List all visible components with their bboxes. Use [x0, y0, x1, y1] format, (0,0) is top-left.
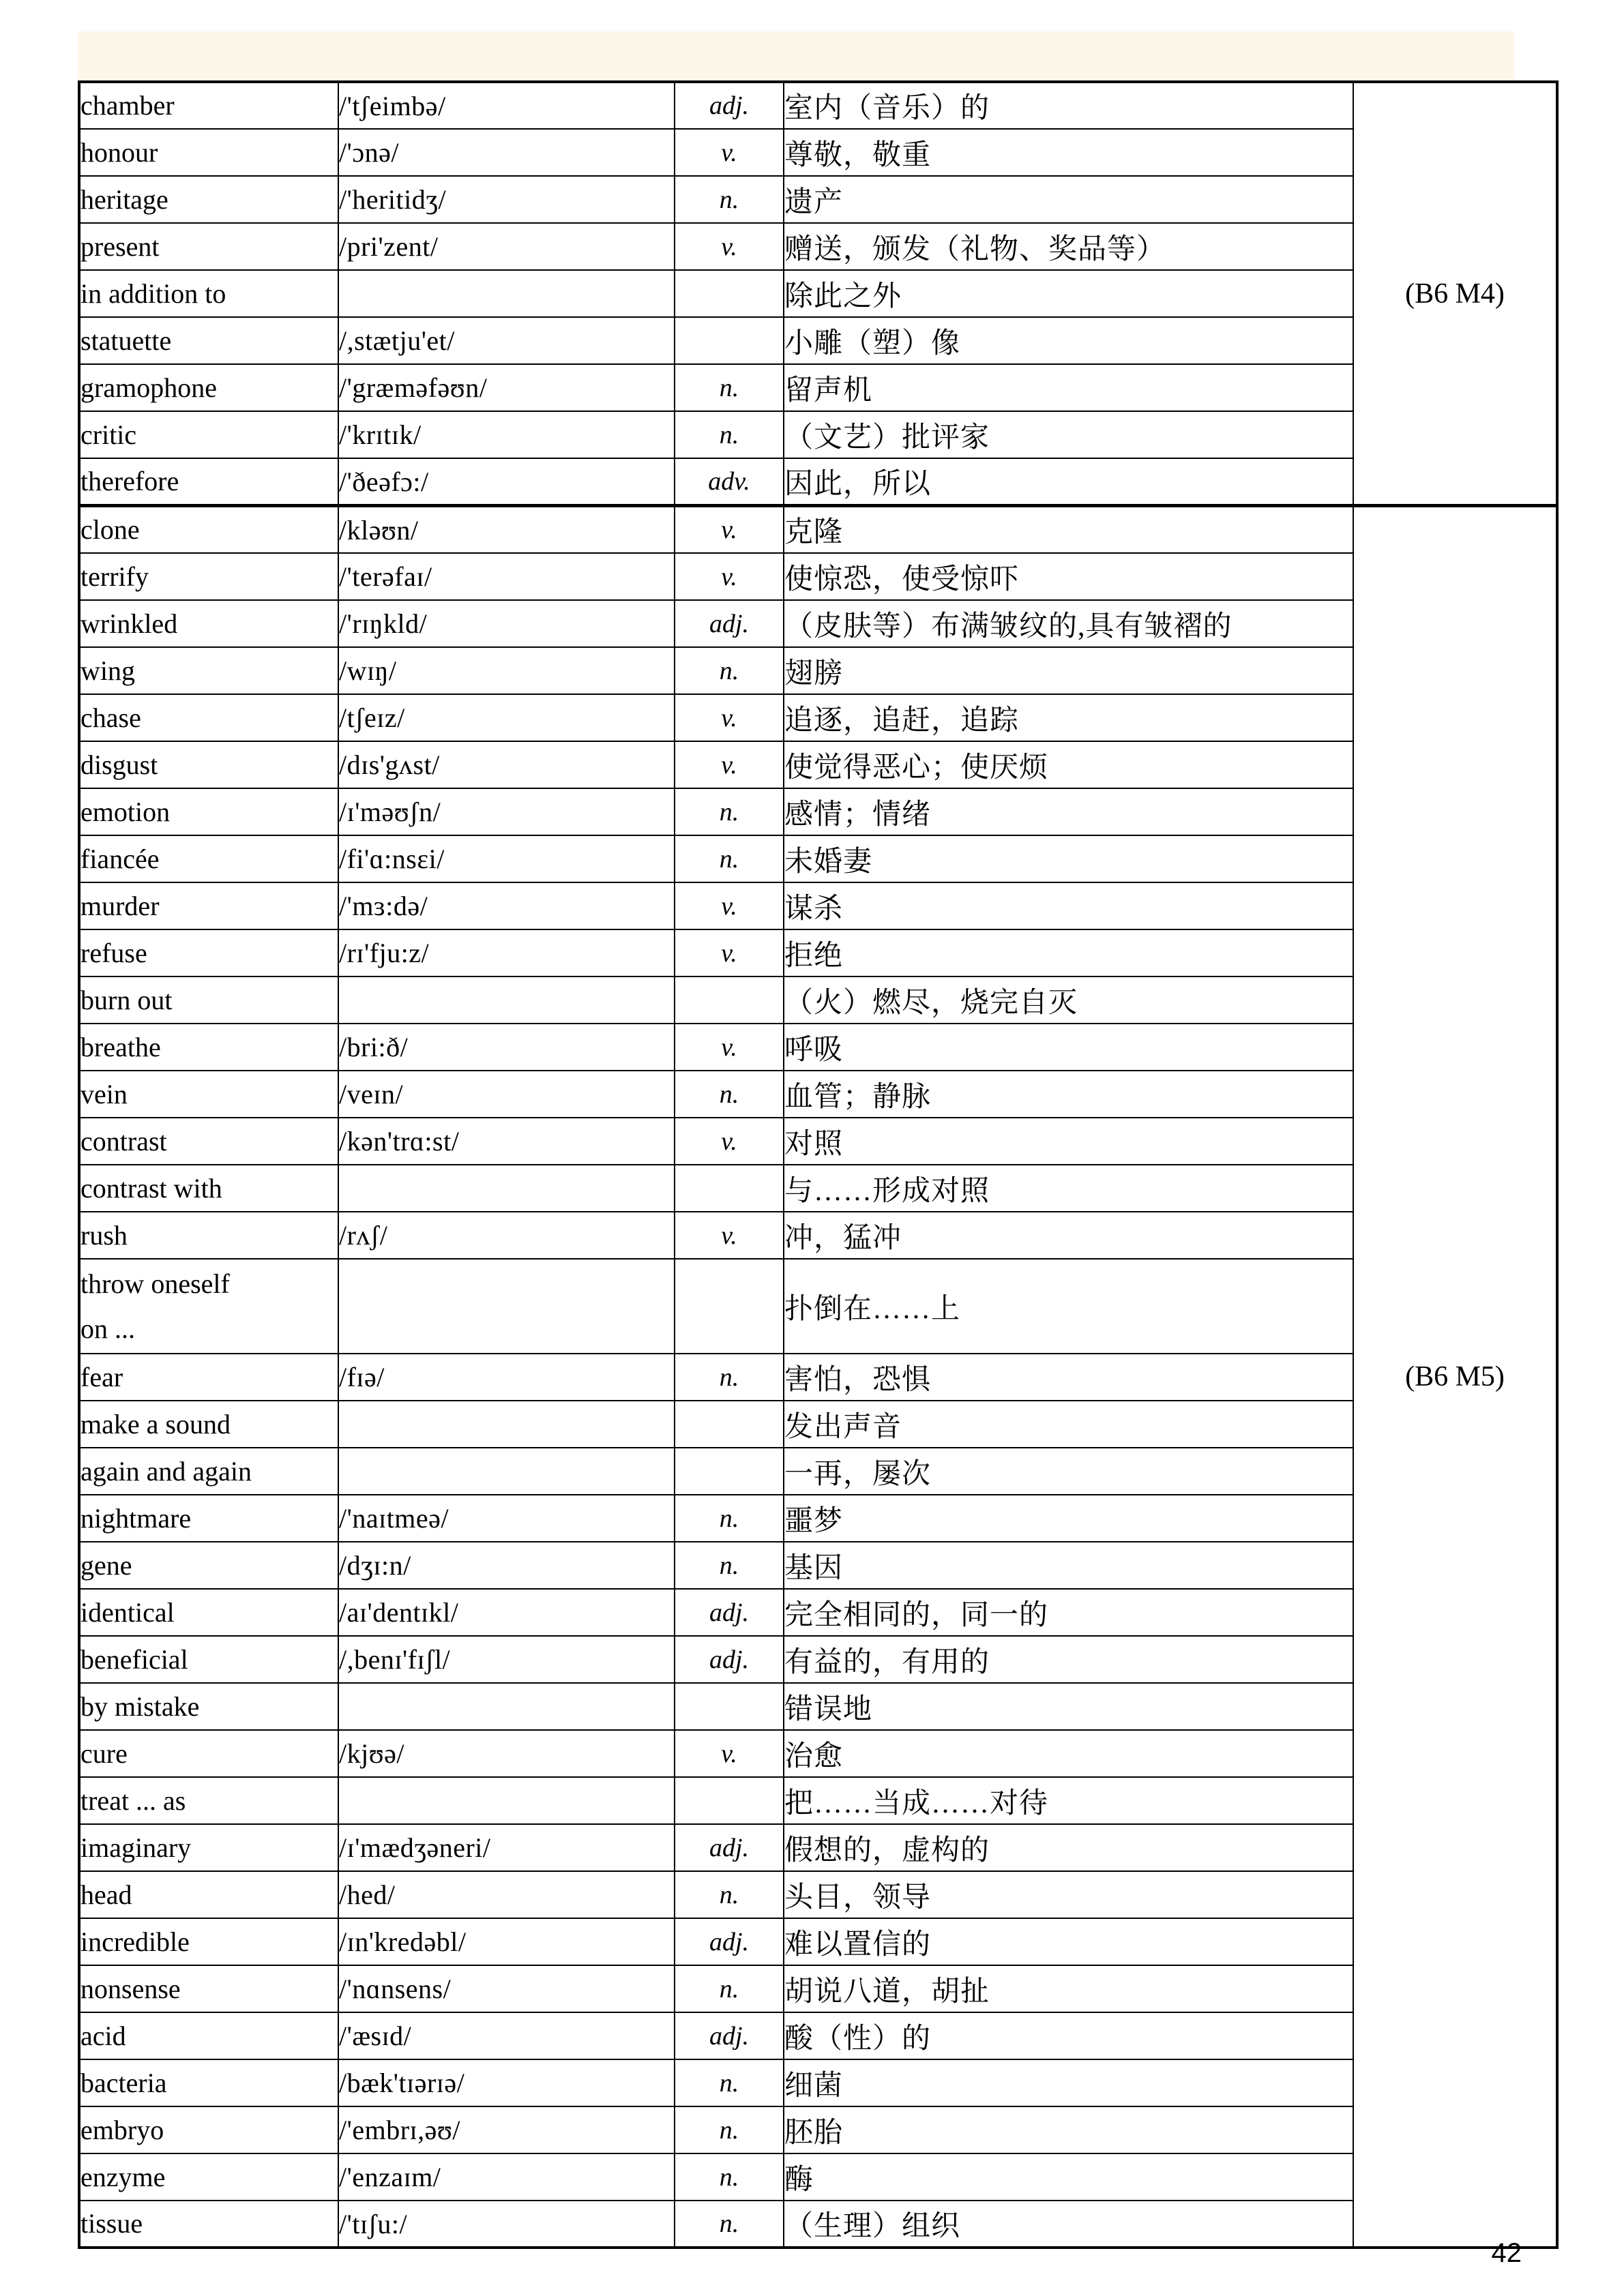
table-row: murder/'mɜ:də/v.谋杀 — [79, 882, 1557, 929]
part-of-speech-cell — [675, 1401, 784, 1448]
phonetic-cell: /'rɪŋkld/ — [338, 600, 675, 647]
phonetic-cell: /'tʃeimbə/ — [338, 82, 675, 129]
chinese-meaning-cell: 尊敬，敬重 — [784, 129, 1353, 176]
chinese-meaning-cell: 胚胎 — [784, 2106, 1353, 2153]
table-row: enzyme/'enzaɪm/n.酶 — [79, 2153, 1557, 2201]
table-row: disgust/dɪs'gʌst/v.使觉得恶心；使厌烦 — [79, 741, 1557, 788]
part-of-speech-cell — [675, 270, 784, 317]
phonetic-cell: /'terəfaɪ/ — [338, 553, 675, 600]
word-cell: statuette — [79, 317, 338, 364]
word-cell: clone — [79, 506, 338, 554]
table-row: again and again一再，屡次 — [79, 1448, 1557, 1495]
table-row: head/hed/n.头目，领导 — [79, 1871, 1557, 1918]
word-cell: burn out — [79, 976, 338, 1024]
part-of-speech-cell — [675, 317, 784, 364]
word-cell: incredible — [79, 1918, 338, 1965]
part-of-speech-cell — [675, 1777, 784, 1824]
word-cell: gramophone — [79, 364, 338, 411]
phonetic-cell: /'naɪtmeə/ — [338, 1495, 675, 1542]
table-row: chamber/'tʃeimbə/adj.室内（音乐）的(B6 M4) — [79, 82, 1557, 129]
table-row: by mistake错误地 — [79, 1683, 1557, 1730]
phonetic-cell: /'tɪʃu:/ — [338, 2201, 675, 2248]
chinese-meaning-cell: 因此，所以 — [784, 458, 1353, 506]
word-cell: bacteria — [79, 2059, 338, 2106]
part-of-speech-cell: n. — [675, 2059, 784, 2106]
phonetic-cell — [338, 270, 675, 317]
chinese-meaning-cell: 一再，屡次 — [784, 1448, 1353, 1495]
word-cell: honour — [79, 129, 338, 176]
phonetic-cell: /'nɑnsens/ — [338, 1965, 675, 2012]
part-of-speech-cell — [675, 1683, 784, 1730]
part-of-speech-cell: adj. — [675, 82, 784, 129]
table-row: make a sound发出声音 — [79, 1401, 1557, 1448]
word-cell: enzyme — [79, 2153, 338, 2201]
chinese-meaning-cell: 感情；情绪 — [784, 788, 1353, 835]
table-row: cure/kjʊə/v.治愈 — [79, 1730, 1557, 1777]
table-row: heritage/'heritidʒ/n.遗产 — [79, 176, 1557, 223]
table-row: burn out（火）燃尽，烧完自灭 — [79, 976, 1557, 1024]
phonetic-cell: /'enzaɪm/ — [338, 2153, 675, 2201]
phonetic-cell: /'ɔnə/ — [338, 129, 675, 176]
phonetic-cell: /'embrɪ,əʊ/ — [338, 2106, 675, 2153]
part-of-speech-cell: v. — [675, 1730, 784, 1777]
word-cell: treat ... as — [79, 1777, 338, 1824]
chinese-meaning-cell: （火）燃尽，烧完自灭 — [784, 976, 1353, 1024]
table-row: terrify/'terəfaɪ/v.使惊恐，使受惊吓 — [79, 553, 1557, 600]
chinese-meaning-cell: 假想的，虚构的 — [784, 1824, 1353, 1871]
table-row: gramophone/'græməfəʊn/n.留声机 — [79, 364, 1557, 411]
part-of-speech-cell: adj. — [675, 1636, 784, 1683]
word-cell: gene — [79, 1542, 338, 1589]
phonetic-cell: /'græməfəʊn/ — [338, 364, 675, 411]
part-of-speech-cell: adj. — [675, 1589, 784, 1636]
chinese-meaning-cell: 错误地 — [784, 1683, 1353, 1730]
word-cell: critic — [79, 411, 338, 458]
chinese-meaning-cell: 冲，猛冲 — [784, 1212, 1353, 1259]
part-of-speech-cell — [675, 1259, 784, 1354]
chinese-meaning-cell: 呼吸 — [784, 1024, 1353, 1071]
part-of-speech-cell: v. — [675, 694, 784, 741]
phonetic-cell: /kjʊə/ — [338, 1730, 675, 1777]
part-of-speech-cell — [675, 1448, 784, 1495]
table-row: rush/rʌʃ/v.冲，猛冲 — [79, 1212, 1557, 1259]
module-label-cell: (B6 M4) — [1353, 82, 1557, 506]
table-row: therefore/'ðeəfɔ:/adv.因此，所以 — [79, 458, 1557, 506]
chinese-meaning-cell: （文艺）批评家 — [784, 411, 1353, 458]
table-row: fear/fɪə/n.害怕，恐惧 — [79, 1354, 1557, 1401]
chinese-meaning-cell: 头目，领导 — [784, 1871, 1353, 1918]
phonetic-cell: /'æsɪd/ — [338, 2012, 675, 2059]
chinese-meaning-cell: 小雕（塑）像 — [784, 317, 1353, 364]
chinese-meaning-cell: 克隆 — [784, 506, 1353, 554]
table-row: incredible/ɪn'kredəbl/adj.难以置信的 — [79, 1918, 1557, 1965]
table-row: refuse/rɪ'fju:z/v.拒绝 — [79, 929, 1557, 976]
phonetic-cell: /'ðeəfɔ:/ — [338, 458, 675, 506]
part-of-speech-cell: adj. — [675, 2012, 784, 2059]
part-of-speech-cell: n. — [675, 1965, 784, 2012]
chinese-meaning-cell: 把……当成……对待 — [784, 1777, 1353, 1824]
table-row: beneficial/,benɪ'fɪʃl/adj.有益的，有用的 — [79, 1636, 1557, 1683]
phonetic-cell: /wɪŋ/ — [338, 647, 675, 694]
word-cell: murder — [79, 882, 338, 929]
phonetic-cell: /kləʊn/ — [338, 506, 675, 554]
table-row: contrast/kən'trɑ:st/v.对照 — [79, 1118, 1557, 1165]
chinese-meaning-cell: 酶 — [784, 2153, 1353, 2201]
part-of-speech-cell: n. — [675, 2153, 784, 2201]
part-of-speech-cell: adj. — [675, 1824, 784, 1871]
part-of-speech-cell: v. — [675, 1118, 784, 1165]
part-of-speech-cell: v. — [675, 882, 784, 929]
phonetic-cell: /rʌʃ/ — [338, 1212, 675, 1259]
table-row: tissue/'tɪʃu:/n.（生理）组织 — [79, 2201, 1557, 2248]
chinese-meaning-cell: 基因 — [784, 1542, 1353, 1589]
part-of-speech-cell: v. — [675, 223, 784, 270]
phonetic-cell — [338, 976, 675, 1024]
vocab-table-body: chamber/'tʃeimbə/adj.室内（音乐）的(B6 M4)honou… — [79, 82, 1557, 2248]
chinese-meaning-cell: 除此之外 — [784, 270, 1353, 317]
part-of-speech-cell: n. — [675, 1871, 784, 1918]
table-row: clone/kləʊn/v.克隆(B6 M5) — [79, 506, 1557, 554]
chinese-meaning-cell: 噩梦 — [784, 1495, 1353, 1542]
word-cell: by mistake — [79, 1683, 338, 1730]
word-cell: make a sound — [79, 1401, 338, 1448]
table-row: emotion/ɪ'məʊʃn/n.感情；情绪 — [79, 788, 1557, 835]
word-cell: embryo — [79, 2106, 338, 2153]
page-number: 42 — [1492, 2238, 1522, 2269]
part-of-speech-cell: n. — [675, 1542, 784, 1589]
word-cell: nightmare — [79, 1495, 338, 1542]
chinese-meaning-cell: 胡说八道，胡扯 — [784, 1965, 1353, 2012]
word-cell: in addition to — [79, 270, 338, 317]
table-row: treat ... as把……当成……对待 — [79, 1777, 1557, 1824]
table-row: gene/dʒɪ:n/n.基因 — [79, 1542, 1557, 1589]
part-of-speech-cell: n. — [675, 647, 784, 694]
chinese-meaning-cell: 难以置信的 — [784, 1918, 1353, 1965]
phonetic-cell: /ɪ'mædʒəneri/ — [338, 1824, 675, 1871]
phonetic-cell: /fɪə/ — [338, 1354, 675, 1401]
part-of-speech-cell: v. — [675, 741, 784, 788]
part-of-speech-cell: n. — [675, 2201, 784, 2248]
module-label-cell: (B6 M5) — [1353, 506, 1557, 2248]
part-of-speech-cell: n. — [675, 1354, 784, 1401]
header-strip — [78, 31, 1514, 80]
word-cell: tissue — [79, 2201, 338, 2248]
table-row: chase/tʃeɪz/v.追逐，追赶，追踪 — [79, 694, 1557, 741]
word-cell: throw oneself on ... — [79, 1259, 338, 1354]
chinese-meaning-cell: 留声机 — [784, 364, 1353, 411]
phonetic-cell: /aɪ'dentɪkl/ — [338, 1589, 675, 1636]
phonetic-cell: /hed/ — [338, 1871, 675, 1918]
phonetic-cell: /bæk'tɪərɪə/ — [338, 2059, 675, 2106]
part-of-speech-cell: n. — [675, 2106, 784, 2153]
chinese-meaning-cell: 细菌 — [784, 2059, 1353, 2106]
word-cell: acid — [79, 2012, 338, 2059]
chinese-meaning-cell: 追逐，追赶，追踪 — [784, 694, 1353, 741]
table-row: imaginary/ɪ'mædʒəneri/adj.假想的，虚构的 — [79, 1824, 1557, 1871]
vocabulary-table: chamber/'tʃeimbə/adj.室内（音乐）的(B6 M4)honou… — [78, 80, 1559, 2249]
chinese-meaning-cell: 拒绝 — [784, 929, 1353, 976]
word-cell: vein — [79, 1071, 338, 1118]
phonetic-cell — [338, 1777, 675, 1824]
document-page: chamber/'tʃeimbə/adj.室内（音乐）的(B6 M4)honou… — [0, 0, 1624, 2296]
table-row: present/pri'zent/v.赠送，颁发（礼物、奖品等） — [79, 223, 1557, 270]
chinese-meaning-cell: 未婚妻 — [784, 835, 1353, 882]
chinese-meaning-cell: 完全相同的，同一的 — [784, 1589, 1353, 1636]
phonetic-cell: /pri'zent/ — [338, 223, 675, 270]
chinese-meaning-cell: 治愈 — [784, 1730, 1353, 1777]
table-row: statuette/,stætju'et/小雕（塑）像 — [79, 317, 1557, 364]
phonetic-cell: /,stætju'et/ — [338, 317, 675, 364]
part-of-speech-cell: n. — [675, 364, 784, 411]
phonetic-cell — [338, 1683, 675, 1730]
phonetic-cell: /bri:ð/ — [338, 1024, 675, 1071]
chinese-meaning-cell: 翅膀 — [784, 647, 1353, 694]
phonetic-cell: /'krɪtɪk/ — [338, 411, 675, 458]
part-of-speech-cell: v. — [675, 929, 784, 976]
word-cell: contrast — [79, 1118, 338, 1165]
table-row: fiancée/fi'ɑ:nsεi/n.未婚妻 — [79, 835, 1557, 882]
table-row: critic/'krɪtɪk/n.（文艺）批评家 — [79, 411, 1557, 458]
word-cell: nonsense — [79, 1965, 338, 2012]
chinese-meaning-cell: 谋杀 — [784, 882, 1353, 929]
table-row: bacteria/bæk'tɪərɪə/n.细菌 — [79, 2059, 1557, 2106]
phonetic-cell — [338, 1401, 675, 1448]
part-of-speech-cell: adv. — [675, 458, 784, 506]
table-row: nonsense/'nɑnsens/n.胡说八道，胡扯 — [79, 1965, 1557, 2012]
word-cell: fear — [79, 1354, 338, 1401]
chinese-meaning-cell: 遗产 — [784, 176, 1353, 223]
phonetic-cell: /'heritidʒ/ — [338, 176, 675, 223]
word-cell: identical — [79, 1589, 338, 1636]
phonetic-cell: /dʒɪ:n/ — [338, 1542, 675, 1589]
phonetic-cell: /dɪs'gʌst/ — [338, 741, 675, 788]
word-cell: emotion — [79, 788, 338, 835]
chinese-meaning-cell: 使觉得恶心；使厌烦 — [784, 741, 1353, 788]
part-of-speech-cell: n. — [675, 788, 784, 835]
phonetic-cell: /ɪ'məʊʃn/ — [338, 788, 675, 835]
chinese-meaning-cell: 赠送，颁发（礼物、奖品等） — [784, 223, 1353, 270]
chinese-meaning-cell: 对照 — [784, 1118, 1353, 1165]
chinese-meaning-cell: 使惊恐，使受惊吓 — [784, 553, 1353, 600]
word-cell: rush — [79, 1212, 338, 1259]
table-row: vein/veɪn/n.血管；静脉 — [79, 1071, 1557, 1118]
phonetic-cell: /ɪn'kredəbl/ — [338, 1918, 675, 1965]
table-row: in addition to除此之外 — [79, 270, 1557, 317]
phonetic-cell: /rɪ'fju:z/ — [338, 929, 675, 976]
chinese-meaning-cell: 室内（音乐）的 — [784, 82, 1353, 129]
phonetic-cell — [338, 1259, 675, 1354]
word-cell: contrast with — [79, 1165, 338, 1212]
word-cell: disgust — [79, 741, 338, 788]
word-cell: again and again — [79, 1448, 338, 1495]
chinese-meaning-cell: 酸（性）的 — [784, 2012, 1353, 2059]
word-cell: breathe — [79, 1024, 338, 1071]
chinese-meaning-cell: （皮肤等）布满皱纹的,具有皱褶的 — [784, 600, 1353, 647]
chinese-meaning-cell: 发出声音 — [784, 1401, 1353, 1448]
word-cell: head — [79, 1871, 338, 1918]
part-of-speech-cell: n. — [675, 1495, 784, 1542]
part-of-speech-cell: v. — [675, 553, 784, 600]
word-cell: therefore — [79, 458, 338, 506]
word-cell: terrify — [79, 553, 338, 600]
phonetic-cell: /fi'ɑ:nsεi/ — [338, 835, 675, 882]
word-cell: beneficial — [79, 1636, 338, 1683]
phonetic-cell: /veɪn/ — [338, 1071, 675, 1118]
word-cell: chase — [79, 694, 338, 741]
chinese-meaning-cell: 血管；静脉 — [784, 1071, 1353, 1118]
table-row: wrinkled/'rɪŋkld/adj.（皮肤等）布满皱纹的,具有皱褶的 — [79, 600, 1557, 647]
part-of-speech-cell: adj. — [675, 600, 784, 647]
part-of-speech-cell: v. — [675, 506, 784, 554]
chinese-meaning-cell: 害怕，恐惧 — [784, 1354, 1353, 1401]
word-cell: present — [79, 223, 338, 270]
chinese-meaning-cell: 与……形成对照 — [784, 1165, 1353, 1212]
part-of-speech-cell: n. — [675, 411, 784, 458]
chinese-meaning-cell: 扑倒在……上 — [784, 1259, 1353, 1354]
word-cell: imaginary — [79, 1824, 338, 1871]
table-row: throw oneself on ...扑倒在……上 — [79, 1259, 1557, 1354]
phonetic-cell — [338, 1165, 675, 1212]
table-row: breathe/bri:ð/v.呼吸 — [79, 1024, 1557, 1071]
part-of-speech-cell: n. — [675, 176, 784, 223]
table-row: contrast with与……形成对照 — [79, 1165, 1557, 1212]
phonetic-cell: /kən'trɑ:st/ — [338, 1118, 675, 1165]
chinese-meaning-cell: （生理）组织 — [784, 2201, 1353, 2248]
table-row: identical/aɪ'dentɪkl/adj.完全相同的，同一的 — [79, 1589, 1557, 1636]
table-row: nightmare/'naɪtmeə/n.噩梦 — [79, 1495, 1557, 1542]
table-row: wing/wɪŋ/n.翅膀 — [79, 647, 1557, 694]
table-row: acid/'æsɪd/adj.酸（性）的 — [79, 2012, 1557, 2059]
word-cell: heritage — [79, 176, 338, 223]
part-of-speech-cell: v. — [675, 129, 784, 176]
part-of-speech-cell: adj. — [675, 1918, 784, 1965]
phonetic-cell: /tʃeɪz/ — [338, 694, 675, 741]
word-cell: fiancée — [79, 835, 338, 882]
word-cell: refuse — [79, 929, 338, 976]
part-of-speech-cell: v. — [675, 1024, 784, 1071]
part-of-speech-cell: n. — [675, 835, 784, 882]
phonetic-cell: /,benɪ'fɪʃl/ — [338, 1636, 675, 1683]
phonetic-cell: /'mɜ:də/ — [338, 882, 675, 929]
word-cell: wing — [79, 647, 338, 694]
chinese-meaning-cell: 有益的，有用的 — [784, 1636, 1353, 1683]
part-of-speech-cell — [675, 1165, 784, 1212]
part-of-speech-cell: v. — [675, 1212, 784, 1259]
phonetic-cell — [338, 1448, 675, 1495]
part-of-speech-cell — [675, 976, 784, 1024]
word-cell: cure — [79, 1730, 338, 1777]
word-cell: wrinkled — [79, 600, 338, 647]
part-of-speech-cell: n. — [675, 1071, 784, 1118]
table-row: honour/'ɔnə/v.尊敬，敬重 — [79, 129, 1557, 176]
word-cell: chamber — [79, 82, 338, 129]
table-row: embryo/'embrɪ,əʊ/n.胚胎 — [79, 2106, 1557, 2153]
